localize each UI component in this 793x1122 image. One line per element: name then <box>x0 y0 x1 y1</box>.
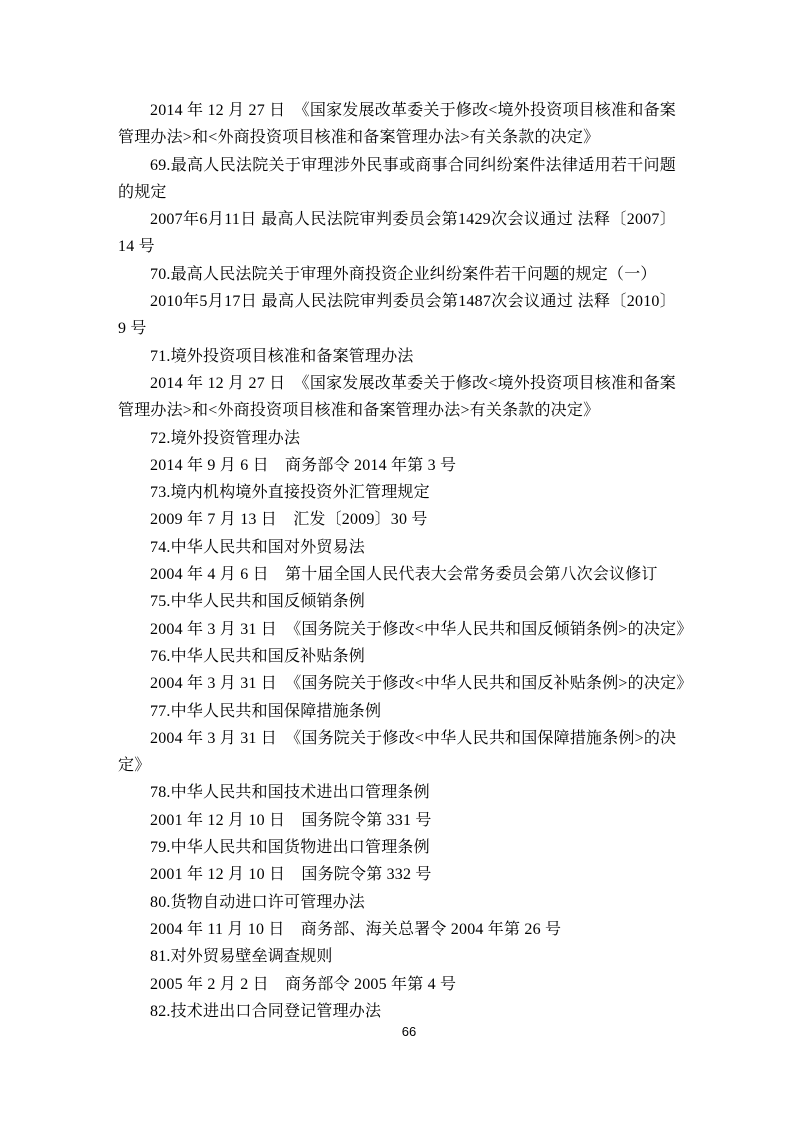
text-line: 2009 年 7 月 13 日 汇发〔2009〕30 号 <box>118 506 676 533</box>
text-line: 74.中华人民共和国对外贸易法 <box>118 534 676 561</box>
document-body: 2014 年 12 月 27 日 《国家发展改革委关于修改<境外投资项目核准和备… <box>118 97 676 1025</box>
text-line: 2001 年 12 月 10 日 国务院令第 332 号 <box>118 861 676 888</box>
document-page: 2014 年 12 月 27 日 《国家发展改革委关于修改<境外投资项目核准和备… <box>0 0 793 1122</box>
text-line: 2014 年 12 月 27 日 《国家发展改革委关于修改<境外投资项目核准和备… <box>118 370 676 397</box>
text-line: 81.对外贸易壁垒调查规则 <box>118 943 676 970</box>
text-line: 2010年5月17日 最高人民法院审判委员会第1487次会议通过 法释〔2010… <box>118 288 676 315</box>
text-line: 78.中华人民共和国技术进出口管理条例 <box>118 779 676 806</box>
text-line: 72.境外投资管理办法 <box>118 425 676 452</box>
text-line: 的规定 <box>118 179 676 206</box>
text-line: 82.技术进出口合同登记管理办法 <box>118 998 676 1025</box>
text-line: 2014 年 12 月 27 日 《国家发展改革委关于修改<境外投资项目核准和备… <box>118 97 676 124</box>
text-line: 79.中华人民共和国货物进出口管理条例 <box>118 834 676 861</box>
text-line: 2004 年 3 月 31 日 《国务院关于修改<中华人民共和国反补贴条例>的决… <box>118 670 676 697</box>
text-line: 80.货物自动进口许可管理办法 <box>118 889 676 916</box>
page-footer: 66 <box>130 1024 688 1040</box>
text-line: 定》 <box>118 752 676 779</box>
text-line: 2014 年 9 月 6 日 商务部令 2014 年第 3 号 <box>118 452 676 479</box>
text-line: 2007年6月11日 最高人民法院审判委员会第1429次会议通过 法释〔2007… <box>118 206 676 233</box>
text-line: 2004 年 11 月 10 日 商务部、海关总署令 2004 年第 26 号 <box>118 916 676 943</box>
page-number: 66 <box>402 1024 416 1039</box>
text-line: 69.最高人民法院关于审理涉外民事或商事合同纠纷案件法律适用若干问题 <box>118 152 676 179</box>
text-line: 77.中华人民共和国保障措施条例 <box>118 698 676 725</box>
text-line: 2004 年 3 月 31 日 《国务院关于修改<中华人民共和国保障措施条例>的… <box>118 725 676 752</box>
text-line: 73.境内机构境外直接投资外汇管理规定 <box>118 479 676 506</box>
text-line: 2004 年 4 月 6 日 第十届全国人民代表大会常务委员会第八次会议修订 <box>118 561 676 588</box>
text-line: 75.中华人民共和国反倾销条例 <box>118 588 676 615</box>
text-line: 76.中华人民共和国反补贴条例 <box>118 643 676 670</box>
text-line: 70.最高人民法院关于审理外商投资企业纠纷案件若干问题的规定（一） <box>118 261 676 288</box>
text-line: 管理办法>和<外商投资项目核准和备案管理办法>有关条款的决定》 <box>118 124 676 151</box>
text-line: 管理办法>和<外商投资项目核准和备案管理办法>有关条款的决定》 <box>118 397 676 424</box>
text-line: 2004 年 3 月 31 日 《国务院关于修改<中华人民共和国反倾销条例>的决… <box>118 616 676 643</box>
text-line: 2005 年 2 月 2 日 商务部令 2005 年第 4 号 <box>118 971 676 998</box>
text-line: 2001 年 12 月 10 日 国务院令第 331 号 <box>118 807 676 834</box>
text-line: 14 号 <box>118 233 676 260</box>
text-line: 9 号 <box>118 315 676 342</box>
text-line: 71.境外投资项目核准和备案管理办法 <box>118 343 676 370</box>
